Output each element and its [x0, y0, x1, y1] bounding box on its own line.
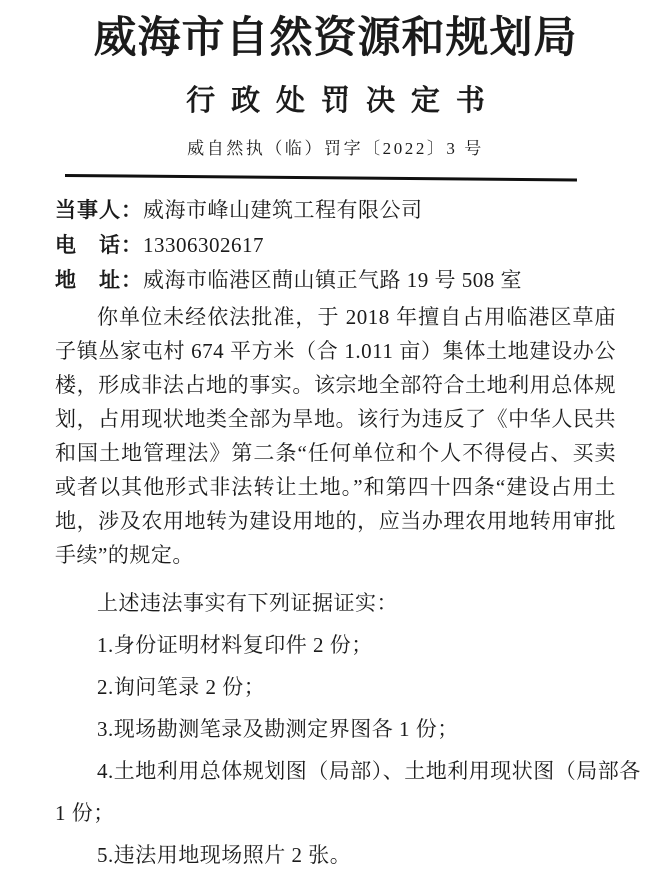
header-divider	[65, 174, 577, 181]
penalty-decision-document: 威海市自然资源和规划局 行政处罚决定书 威自然执（临）罚字〔2022〕3 号 当…	[0, 0, 671, 874]
document-title: 行政处罚决定书	[55, 78, 616, 119]
evidence-item: 1.身份证明材料复印件 2 份；	[55, 624, 616, 666]
document-number: 威自然执（临）罚字〔2022〕3 号	[55, 134, 616, 159]
address-row: 地 址：威海市临港区蔄山镇正气路 19 号 508 室	[55, 263, 616, 298]
address-value: 威海市临港区蔄山镇正气路 19 号 508 室	[143, 268, 522, 292]
agency-title: 威海市自然资源和规划局	[55, 14, 616, 63]
party-row: 当事人：威海市峰山建筑工程有限公司	[55, 193, 616, 228]
evidence-item: 5.违法用地现场照片 2 张。	[55, 834, 616, 874]
evidence-item: 4.土地利用总体规划图（局部）、土地利用现状图（局部各 1 份；	[55, 750, 656, 834]
phone-label: 电 话：	[55, 234, 143, 257]
evidence-section: 上述违法事实有下列证据证实： 1.身份证明材料复印件 2 份； 2.询问笔录 2…	[55, 582, 616, 874]
party-value: 威海市峰山建筑工程有限公司	[143, 198, 423, 222]
evidence-intro: 上述违法事实有下列证据证实：	[55, 582, 616, 624]
phone-value: 13306302617	[143, 233, 264, 257]
phone-row: 电 话：13306302617	[55, 228, 616, 263]
evidence-item: 2.询问笔录 2 份；	[55, 666, 616, 708]
violation-facts-paragraph: 你单位未经依法批准，于 2018 年擅自占用临港区草庙子镇丛家屯村 674 平方…	[55, 300, 616, 572]
party-info-block: 当事人：威海市峰山建筑工程有限公司 电 话：13306302617 地 址：威海…	[55, 193, 616, 298]
party-label: 当事人：	[55, 199, 143, 222]
evidence-item: 3.现场勘测笔录及勘测定界图各 1 份；	[55, 708, 616, 750]
address-label: 地 址：	[55, 269, 143, 292]
